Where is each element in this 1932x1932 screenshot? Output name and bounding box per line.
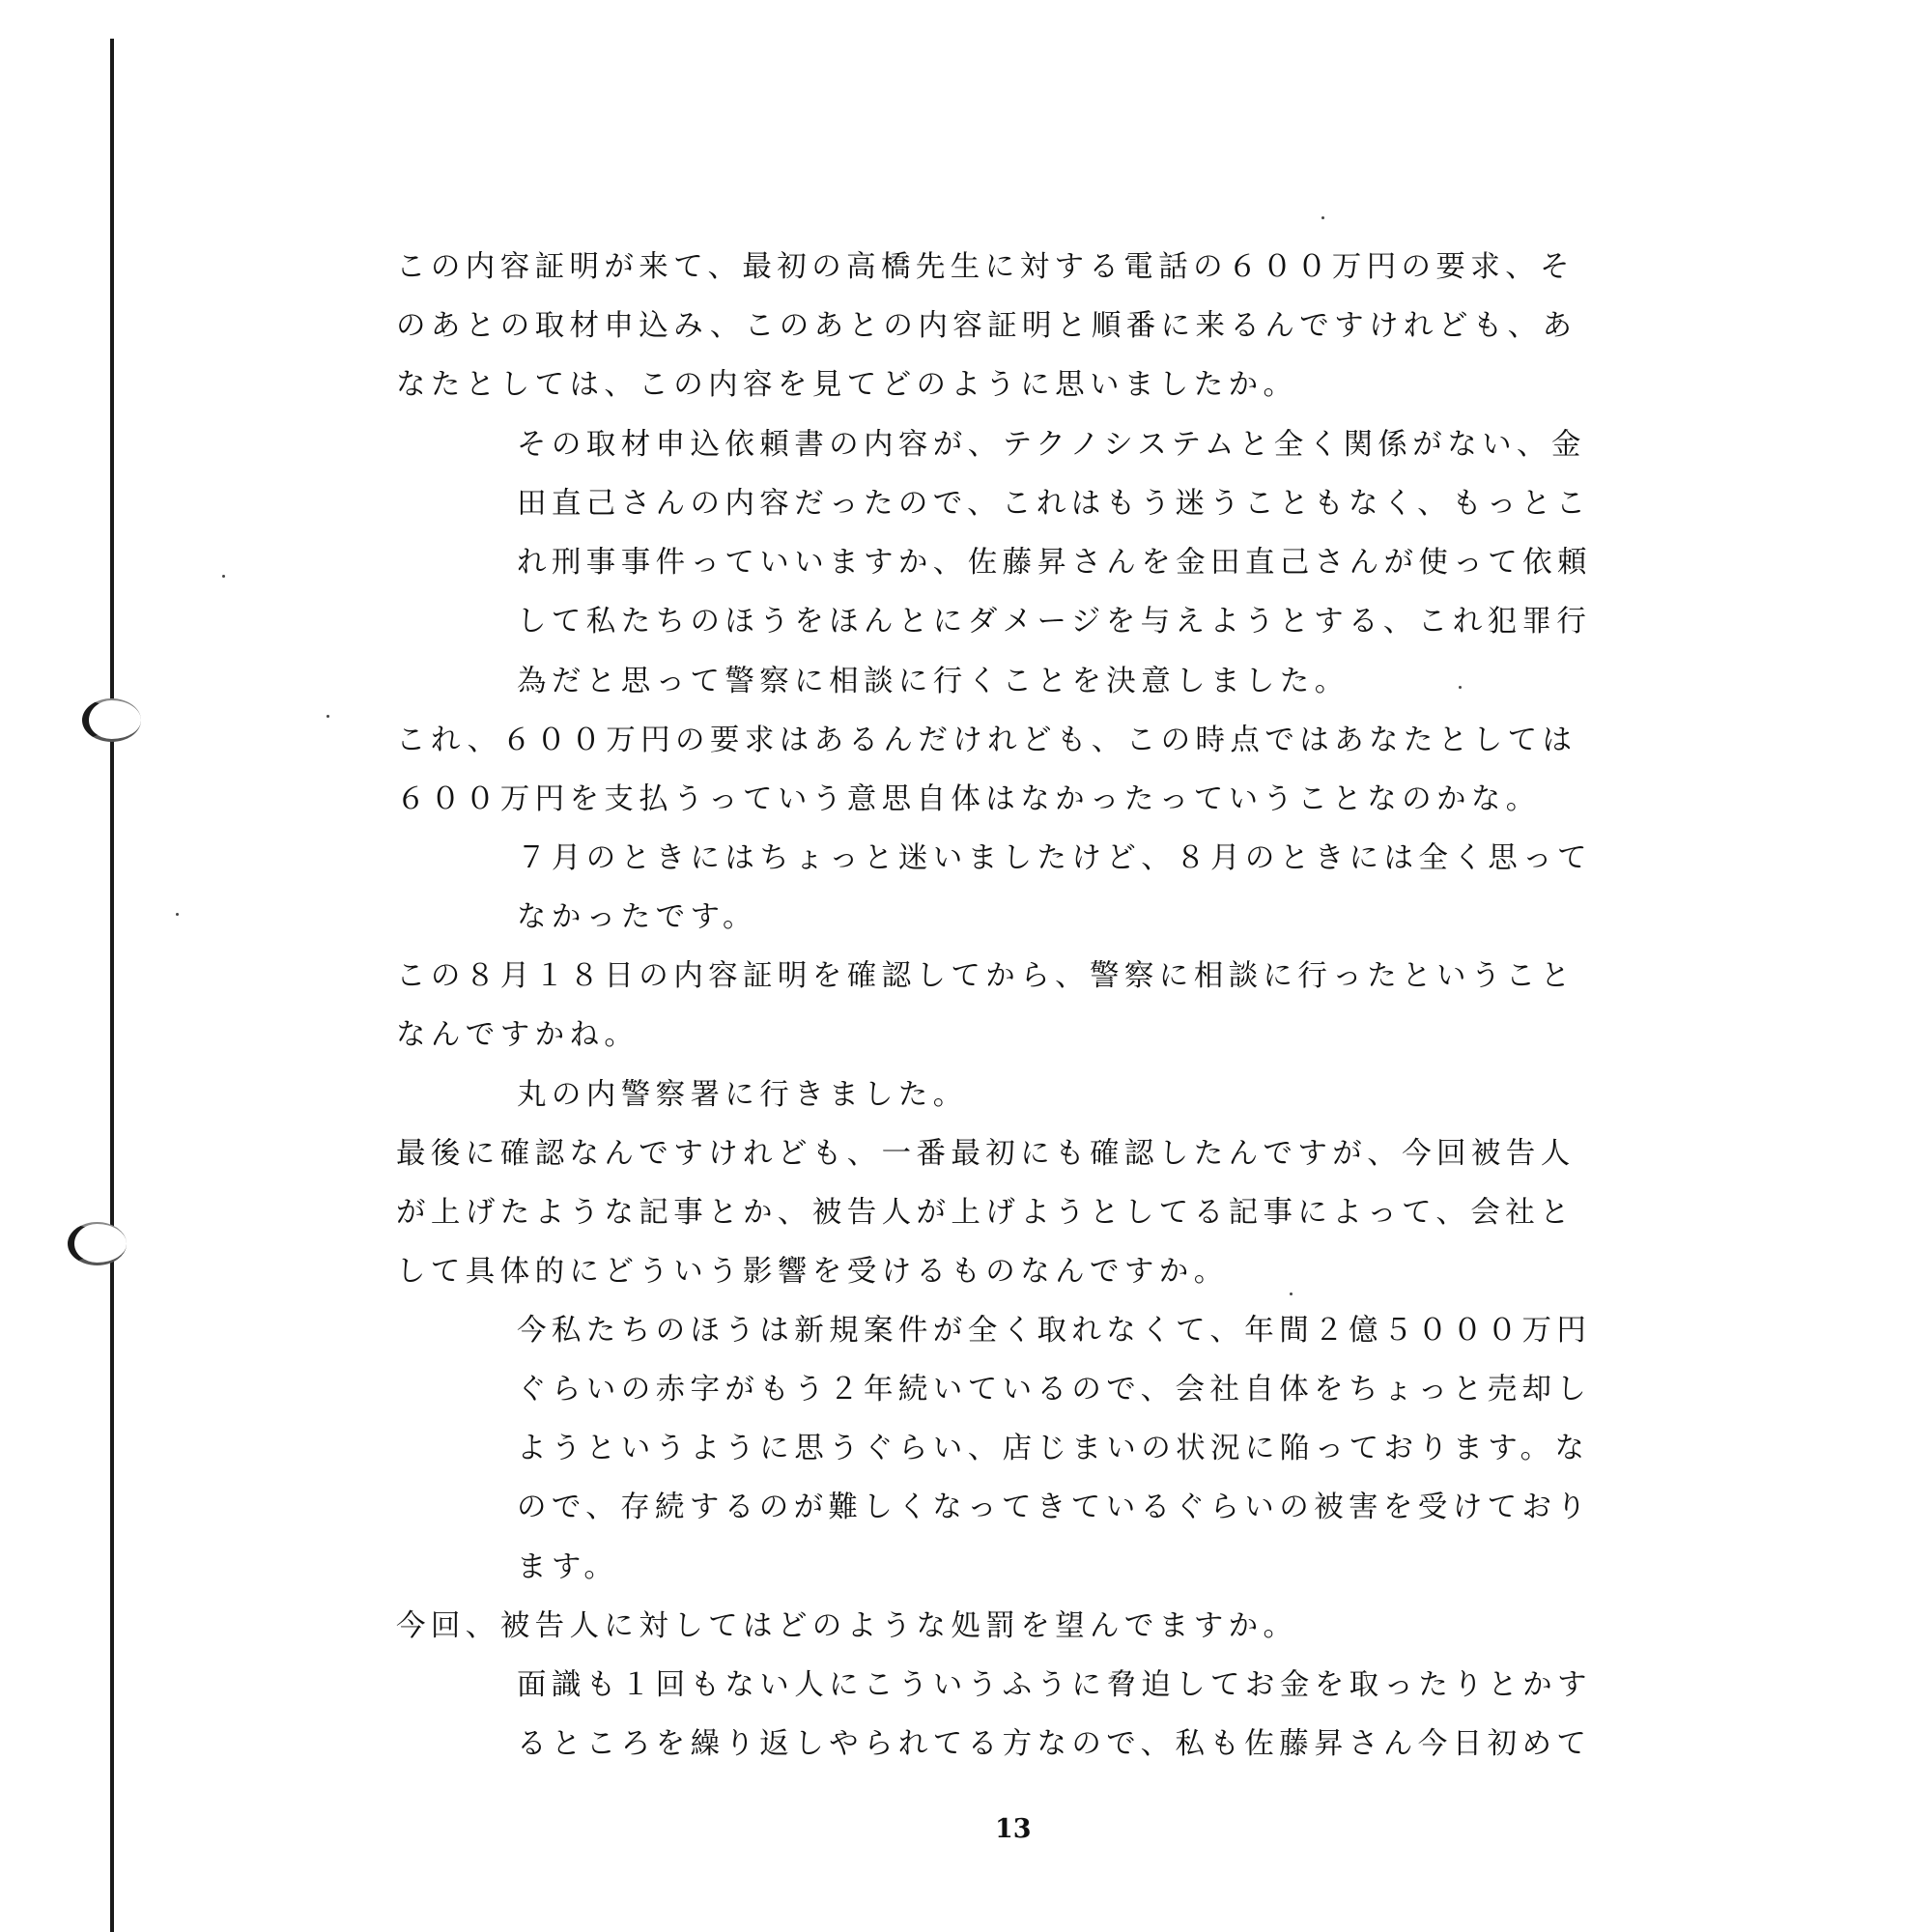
answer-line: 今私たちのほうは新規案件が全く取れなくて、年間２億５０００万円 [517, 1312, 1591, 1350]
scan-speck [327, 715, 329, 718]
answer-line: 面識も１回もない人にこういうふうに脅迫してお金を取ったりとかす [517, 1666, 1592, 1705]
transcript-page: この内容証明が来て、最初の高橋先生に対する電話の６００万円の要求、そ のあとの取… [0, 0, 1932, 1932]
question-line: して具体的にどういう影響を受けるものなんですか。 [396, 1253, 1229, 1292]
question-line: なんですかね。 [396, 1016, 639, 1055]
answer-line: ので、存続するのが難しくなってきているぐらいの被害を受けており [517, 1489, 1591, 1527]
question-line: この８月１８日の内容証明を確認してから、警察に相談に行ったということ [396, 957, 1576, 996]
scan-speck [176, 913, 179, 916]
answer-line: 田直己さんの内容だったので、これはもう迷うこともなく、もっとこ [517, 485, 1591, 524]
answer-line: なかったです。 [517, 898, 757, 937]
question-line: ６００万円を支払うっていう意思自体はなかったっていうことなのかな。 [396, 781, 1541, 819]
page-number: 13 [995, 1814, 1032, 1845]
question-line: 最後に確認なんですけれども、一番最初にも確認したんですが、今回被告人 [396, 1135, 1576, 1174]
scan-speck [222, 575, 225, 578]
answer-line: るところを繰り返しやられてる方なので、私も佐藤昇さん今日初めて [517, 1725, 1591, 1764]
answer-line: ７月のときにはちょっと迷いましたけど、８月のときには全く思って [517, 839, 1592, 878]
answer-line: ます。 [517, 1548, 618, 1587]
question-line: 今回、被告人に対してはどのような処罰を望んでますか。 [396, 1607, 1297, 1646]
answer-line: 為だと思って警察に相談に行くことを決意しました。 [517, 663, 1350, 701]
question-line: この内容証明が来て、最初の高橋先生に対する電話の６００万円の要求、そ [396, 248, 1575, 287]
answer-line: 丸の内警察署に行きました。 [517, 1076, 968, 1115]
answer-line: ぐらいの赤字がもう２年続いているので、会社自体をちょっと売却し [517, 1371, 1591, 1409]
answer-line: れ刑事事件っていいますか、佐藤昇さんを金田直己さんが使って依頼 [517, 544, 1592, 582]
question-line: なたとしては、この内容を見てどのように思いましたか。 [396, 366, 1297, 405]
question-line: これ、６００万円の要求はあるんだけれども、この時点ではあなたとしては [396, 722, 1577, 760]
answer-line: して私たちのほうをほんとにダメージを与えようとする、これ犯罪行 [517, 603, 1591, 641]
scan-speck [1459, 686, 1462, 689]
question-line: のあとの取材申込み、このあとの内容証明と順番に来るんですけれども、あ [396, 307, 1577, 346]
question-line: が上げたような記事とか、被告人が上げようとしてる記事によって、会社と [396, 1194, 1575, 1233]
answer-line: その取材申込依頼書の内容が、テクノシステムと全く関係がない、金 [517, 426, 1586, 465]
scan-speck [1321, 216, 1324, 219]
scan-speck [1290, 1293, 1293, 1295]
answer-line: ようというように思うぐらい、店じまいの状況に陥っております。な [517, 1430, 1589, 1468]
